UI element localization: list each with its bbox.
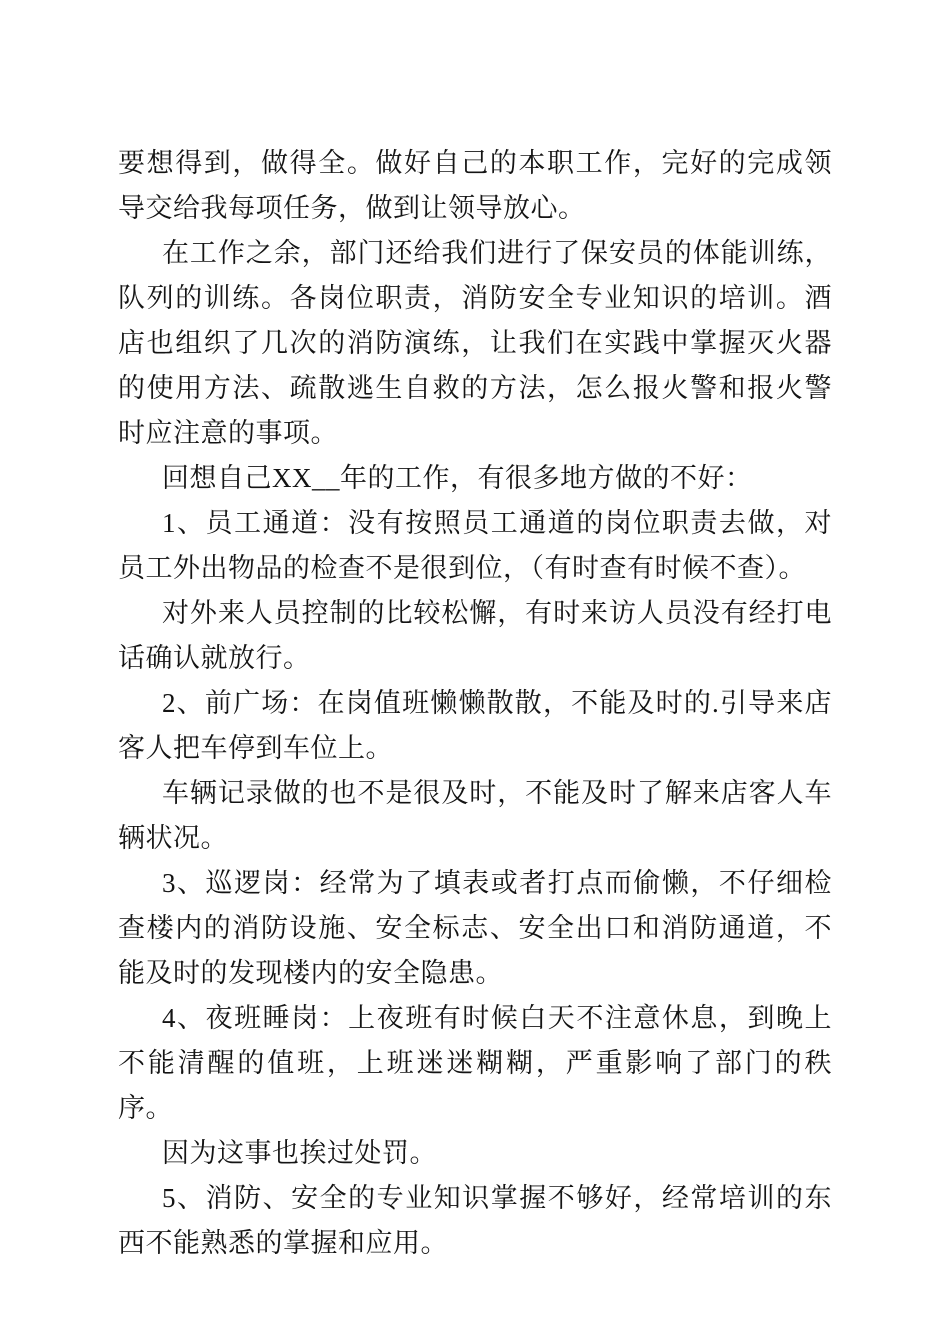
document-page: 要想得到，做得全。做好自己的本职工作，完好的完成领导交给我每项任务，做到让领导放… xyxy=(0,0,950,1344)
paragraph-list-item-3: 3、巡逻岗：经常为了填表或者打点而偷懒，不仔细检查楼内的消防设施、安全标志、安全… xyxy=(118,861,832,996)
paragraph-list-item-2: 2、前广场：在岗值班懒懒散散，不能及时的.引导来店客人把车停到车位上。 xyxy=(118,681,832,771)
paragraph: 车辆记录做的也不是很及时，不能及时了解来店客人车辆状况。 xyxy=(118,771,832,861)
paragraph: 在工作之余，部门还给我们进行了保安员的体能训练，队列的训练。各岗位职责，消防安全… xyxy=(118,231,832,456)
paragraph: 对外来人员控制的比较松懈，有时来访人员没有经打电话确认就放行。 xyxy=(118,591,832,681)
paragraph: 回想自己XX__年的工作，有很多地方做的不好： xyxy=(118,456,832,501)
paragraph-continuation: 要想得到，做得全。做好自己的本职工作，完好的完成领导交给我每项任务，做到让领导放… xyxy=(118,141,832,231)
paragraph-list-item-5: 5、消防、安全的专业知识掌握不够好，经常培训的东西不能熟悉的掌握和应用。 xyxy=(118,1176,832,1266)
paragraph-list-item-4: 4、夜班睡岗：上夜班有时候白天不注意休息，到晚上不能清醒的值班，上班迷迷糊糊，严… xyxy=(118,996,832,1131)
paragraph: 因为这事也挨过处罚。 xyxy=(118,1131,832,1176)
paragraph-list-item-1: 1、员工通道：没有按照员工通道的岗位职责去做，对员工外出物品的检查不是很到位，（… xyxy=(118,501,832,591)
